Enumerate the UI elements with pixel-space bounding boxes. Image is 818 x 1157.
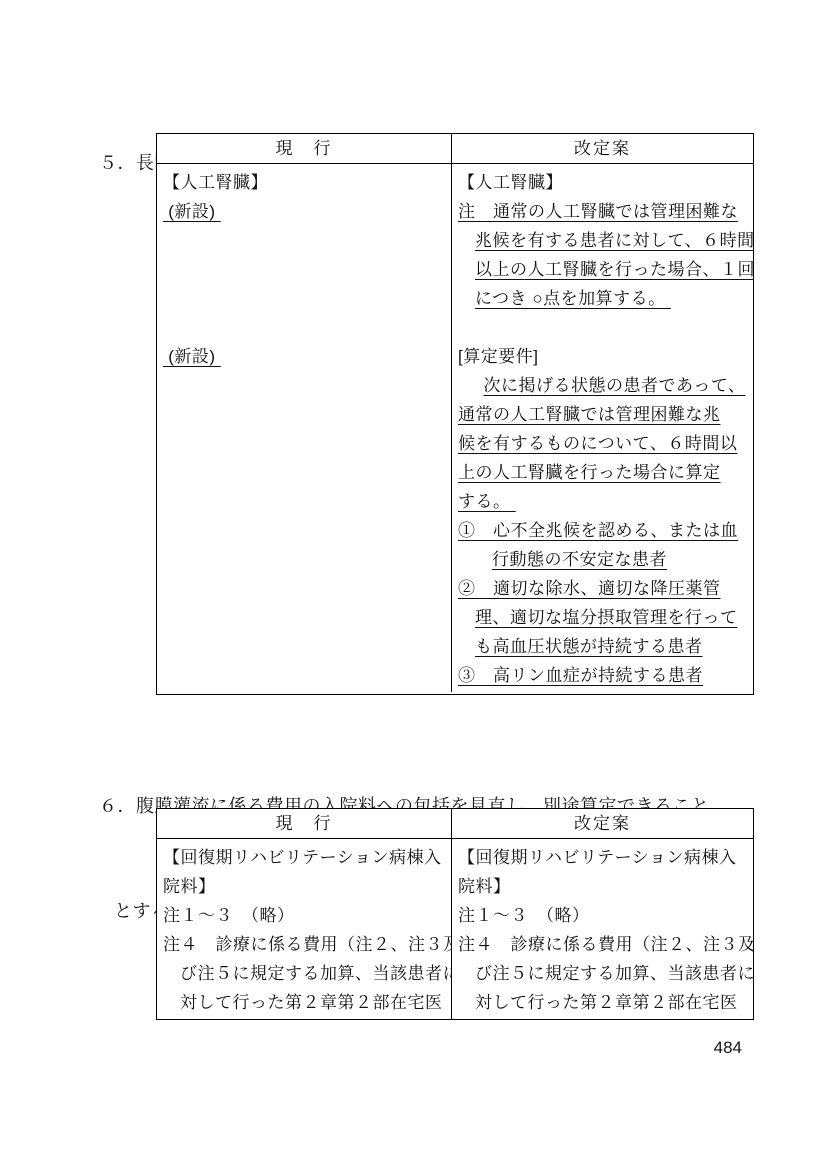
comparison-table-section-6: 現 行 改定案 【回復期リハビリテーション病棟入院料】注１～３ （略）注４ 診療… xyxy=(156,808,754,1020)
table-header-row: 現 行 改定案 xyxy=(157,134,753,164)
text-line: 注 通常の人工腎臓では管理困難な xyxy=(458,197,749,226)
text-line: ① 心不全兆候を認める、または血 xyxy=(458,516,749,545)
text-line: 注４ 診療に係る費用（注２、注３及 xyxy=(458,930,749,959)
table-header-revision: 改定案 xyxy=(451,809,753,838)
text-line: ③ 高リン血症が持続する患者 xyxy=(458,661,749,690)
revision-column-cell: 【回復期リハビリテーション病棟入院料】注１～３ （略）注４ 診療に係る費用（注２… xyxy=(451,839,753,1019)
text-line: 【回復期リハビリテーション病棟入 xyxy=(163,843,447,872)
text-line: 対して行った第２章第２部在宅医 xyxy=(163,988,447,1017)
text-line: ② 適切な除水、適切な降圧薬管 xyxy=(458,574,749,603)
table-header-row: 現 行 改定案 xyxy=(157,809,753,839)
table-header-current: 現 行 xyxy=(157,134,451,163)
text-line: 次に掲げる状態の患者であって、 xyxy=(458,371,749,400)
text-line: 対して行った第２章第２部在宅医 xyxy=(458,988,749,1017)
current-column-cell: 【回復期リハビリテーション病棟入院料】注１～３ （略）注４ 診療に係る費用（注２… xyxy=(157,839,451,1019)
text-line: 通常の人工腎臓では管理困難な兆 xyxy=(458,400,749,429)
table-header-revision: 改定案 xyxy=(451,134,753,163)
page-number: 484 xyxy=(690,1038,742,1058)
text-line: も高血圧状態が持続する患者 xyxy=(458,632,749,661)
comparison-table-section-5: 現 行 改定案 【人工腎臓】 (新設) (新設) 【人工腎臓】注 通常の人工腎臓… xyxy=(156,133,754,695)
text-line: 上の人工腎臓を行った場合に算定 xyxy=(458,458,749,487)
text-line: [算定要件] xyxy=(458,342,749,371)
text-line: 院料】 xyxy=(458,872,749,901)
text-line: (新設) xyxy=(163,197,447,226)
text-line: び注５に規定する加算、当該患者に xyxy=(163,959,447,988)
text-line: 兆候を有する患者に対して、６時間 xyxy=(458,226,749,255)
text-line: 【人工腎臓】 xyxy=(163,168,447,197)
table-body-row: 【回復期リハビリテーション病棟入院料】注１～３ （略）注４ 診療に係る費用（注２… xyxy=(157,839,753,1019)
revision-column-cell: 【人工腎臓】注 通常の人工腎臓では管理困難な兆候を有する患者に対して、６時間以上… xyxy=(451,164,753,692)
text-line xyxy=(163,226,447,255)
text-line: 以上の人工腎臓を行った場合、１回 xyxy=(458,255,749,284)
text-line: する。 xyxy=(458,487,749,516)
text-line: (新設) xyxy=(163,342,447,371)
table-header-current: 現 行 xyxy=(157,809,451,838)
text-line xyxy=(163,284,447,313)
text-line: 注１～３ （略） xyxy=(458,901,749,930)
current-column-cell: 【人工腎臓】 (新設) (新設) xyxy=(157,164,451,692)
table-body-row: 【人工腎臓】 (新設) (新設) 【人工腎臓】注 通常の人工腎臓では管理困難な兆… xyxy=(157,164,753,692)
text-line: 候を有するものについて、６時間以 xyxy=(458,429,749,458)
text-line xyxy=(163,255,447,284)
text-line xyxy=(163,313,447,342)
text-line: 理、適切な塩分摂取管理を行って xyxy=(458,603,749,632)
text-line: 院料】 xyxy=(163,872,447,901)
text-line: 【人工腎臓】 xyxy=(458,168,749,197)
text-line: 【回復期リハビリテーション病棟入 xyxy=(458,843,749,872)
text-line: 注１～３ （略） xyxy=(163,901,447,930)
text-line: 注４ 診療に係る費用（注２、注３及 xyxy=(163,930,447,959)
text-line xyxy=(458,313,749,342)
text-line: につき ○点を加算する。 xyxy=(458,284,749,313)
text-line: 行動態の不安定な患者 xyxy=(458,545,749,574)
text-line: び注５に規定する加算、当該患者に xyxy=(458,959,749,988)
